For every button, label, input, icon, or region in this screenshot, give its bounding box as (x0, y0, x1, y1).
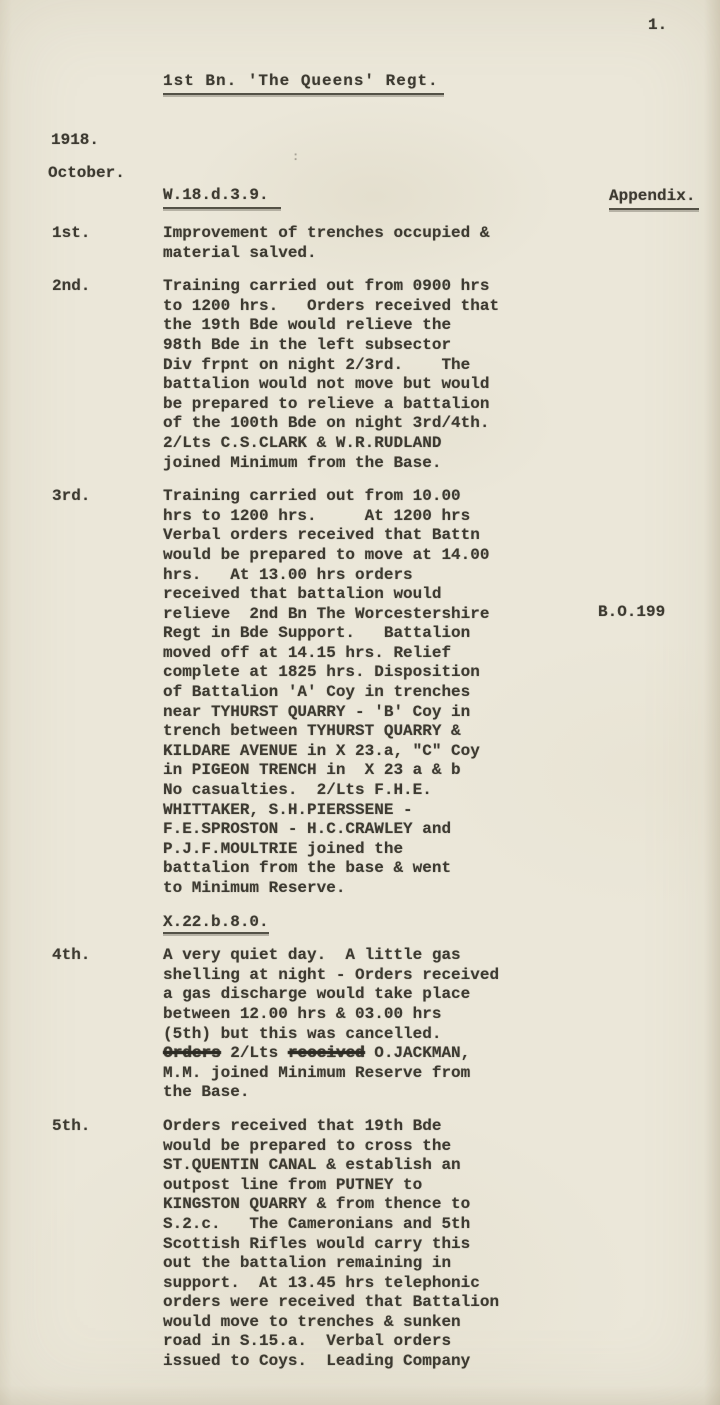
entry-line: the 19th Bde would relieve the (163, 316, 720, 336)
entry-line: ST.QUENTIN CANAL & establish an (163, 1156, 720, 1176)
diary-entries: 1st.Improvement of trenches occupied &ma… (0, 224, 720, 1386)
entry-day-label: 4th. (0, 946, 163, 1103)
entry-line: issued to Coys. Leading Company (163, 1352, 720, 1372)
month-label: October. (48, 164, 125, 184)
entry-body: Improvement of trenches occupied &materi… (163, 224, 720, 263)
entry-line: material salved. (163, 244, 720, 264)
entry-line: shelling at night - Orders received (163, 966, 720, 986)
struck-text-segment: Orders (163, 1044, 221, 1062)
entry-line: P.J.F.MOULTRIE joined the (163, 840, 720, 860)
entry-line: moved off at 14.15 hrs. Relief (163, 644, 720, 664)
entry-line: Improvement of trenches occupied & (163, 224, 720, 244)
entry-line: A very quiet day. A little gas (163, 946, 720, 966)
entry-line: road in S.15.a. Verbal orders (163, 1332, 720, 1352)
subheading-text: X.22.b.8.0. (163, 913, 269, 934)
entry-body: Orders received that 19th Bdewould be pr… (163, 1117, 720, 1372)
document-page: 1. 1st Bn. 'The Queens' Regt. 1918. Octo… (0, 0, 720, 1405)
entry-line: support. At 13.45 hrs telephonic (163, 1274, 720, 1294)
entry-line: joined Minimum from the Base. (163, 454, 720, 474)
entry-line: Orders 2/Lts received O.JACKMAN, (163, 1044, 720, 1064)
page-number: 1. (648, 16, 667, 36)
entry-line: 2/Lts C.S.CLARK & W.R.RUDLAND (163, 434, 720, 454)
entry-line: would be prepared to cross the (163, 1137, 720, 1157)
entry-line: M.M. joined Minimum Reserve from (163, 1064, 720, 1084)
entry-line: S.2.c. The Cameronians and 5th (163, 1215, 720, 1235)
entry-day-label: 2nd. (0, 277, 163, 473)
entry-line: complete at 1825 hrs. Disposition (163, 663, 720, 683)
entry-line: trench between TYHURST QUARRY & (163, 722, 720, 742)
text-segment: O.JACKMAN, (365, 1044, 471, 1062)
entry-body: Training carried out from 10.00hrs to 12… (163, 487, 720, 898)
entry-line: Training carried out from 0900 hrs (163, 277, 720, 297)
margin-reference-note: B.O.199 (598, 603, 665, 623)
entry-line: battalion from the base & went (163, 859, 720, 879)
entry-line: WHITTAKER, S.H.PIERSSENE - (163, 801, 720, 821)
entry-day-label: 3rd. (0, 487, 163, 898)
struck-text-segment: received (288, 1044, 365, 1062)
entry-line: would move to trenches & sunken (163, 1313, 720, 1333)
entry-line: of the 100th Bde on night 3rd/4th. (163, 414, 720, 434)
diary-entry: 2nd.Training carried out from 0900 hrsto… (0, 277, 720, 473)
text-segment: 2/Lts (221, 1044, 288, 1062)
entry-line: to 1200 hrs. Orders received that (163, 297, 720, 317)
entry-line: Div frpnt on night 2/3rd. The (163, 356, 720, 376)
entry-line: a gas discharge would take place (163, 985, 720, 1005)
entry-line: between 12.00 hrs & 03.00 hrs (163, 1005, 720, 1025)
diary-entry: 1st.Improvement of trenches occupied &ma… (0, 224, 720, 263)
entry-line: Training carried out from 10.00 (163, 487, 720, 507)
entry-line: the Base. (163, 1083, 720, 1103)
entry-line: would be prepared to move at 14.00 (163, 546, 720, 566)
entry-day-label: 5th. (0, 1117, 163, 1372)
entry-line: hrs. At 13.00 hrs orders (163, 566, 720, 586)
entry-line: F.E.SPROSTON - H.C.CRAWLEY and (163, 820, 720, 840)
year-label: 1918. (51, 131, 99, 151)
entry-line: 98th Bde in the left subsector (163, 336, 720, 356)
entry-line: near TYHURST QUARRY - 'B' Coy in (163, 703, 720, 723)
entry-line: to Minimum Reserve. (163, 879, 720, 899)
diary-entry: 3rd.Training carried out from 10.00hrs t… (0, 487, 720, 898)
entry-line: in PIGEON TRENCH in X 23 a & b (163, 761, 720, 781)
entry-body: A very quiet day. A little gasshelling a… (163, 946, 720, 1103)
entry-line: KILDARE AVENUE in X 23.a, "C" Coy (163, 742, 720, 762)
entry-line: No casualties. 2/Lts F.H.E. (163, 781, 720, 801)
entry-line: relieve 2nd Bn The WorcestershireB.O.199 (163, 605, 720, 625)
map-reference-subheading: X.22.b.8.0. (163, 913, 720, 933)
entry-line: of Battalion 'A' Coy in trenches (163, 683, 720, 703)
diary-entry: 5th.Orders received that 19th Bdewould b… (0, 1117, 720, 1372)
entry-line: Scottish Rifles would carry this (163, 1235, 720, 1255)
entry-line: battalion would not move but would (163, 375, 720, 395)
entry-body: Training carried out from 0900 hrsto 120… (163, 277, 720, 473)
entry-line: KINGSTON QUARRY & from thence to (163, 1195, 720, 1215)
entry-line: hrs to 1200 hrs. At 1200 hrs (163, 507, 720, 527)
entry-line: Verbal orders received that Battn (163, 526, 720, 546)
entry-line: out the battalion remaining in (163, 1254, 720, 1274)
appendix-heading: Appendix. (609, 187, 699, 210)
entry-line: be prepared to relieve a battalion (163, 395, 720, 415)
entry-line: orders were received that Battalion (163, 1293, 720, 1313)
entry-line: outpost line from PUTNEY to (163, 1176, 720, 1196)
stray-typewriter-mark: : (292, 148, 299, 168)
document-title: 1st Bn. 'The Queens' Regt. (163, 72, 444, 95)
entry-day-label: 1st. (0, 224, 163, 263)
entry-line: Regt in Bde Support. Battalion (163, 624, 720, 644)
entry-line: (5th) but this was cancelled. (163, 1025, 720, 1045)
entry-line: Orders received that 19th Bde (163, 1117, 720, 1137)
diary-entry: 4th.A very quiet day. A little gasshelli… (0, 946, 720, 1103)
map-reference-heading: W.18.d.3.9. (163, 186, 281, 209)
